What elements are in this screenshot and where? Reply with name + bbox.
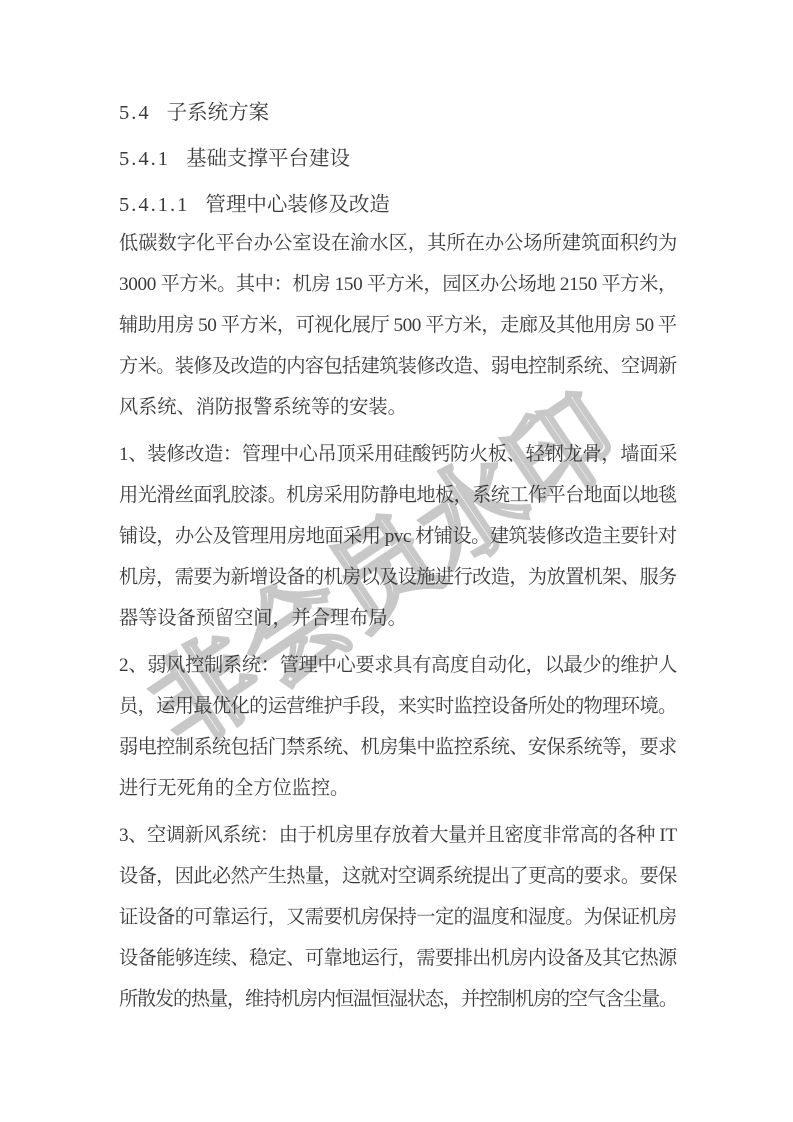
text-line: 低碳数字化平台办公室设在渝水区，其所在办公场所建筑面积约为 [119,223,677,264]
text-line: 用光滑丝面乳胶漆。机房采用防静电地板，系统工作平台地面以地毯 [119,475,677,516]
text-line: 机房，需要为新增设备的机房以及设施进行改造，为放置机架、服务 [119,557,677,598]
text-line: 方米。装修及改造的内容包括建筑装修改造、弱电控制系统、空调新 [119,346,677,387]
text-line: 设备，因此必然产生热量，这就对空调系统提出了更高的要求。要保 [119,856,677,897]
text-line: 铺设，办公及管理用房地面采用 pvc 材铺设。建筑装修改造主要针对 [119,516,677,557]
heading-number: 5.4.1 [119,148,170,170]
text-line: 设备能够连续、稳定、可靠地运行，需要排出机房内设备及其它热源 [119,938,677,979]
text-line: 风系统、消防报警系统等的安装。 [119,387,677,428]
text-line: 所散发的热量，维持机房内恒温恒湿状态，并控制机房的空气含尘量。 [119,979,677,1020]
heading-title: 子系统方案 [167,102,270,124]
heading-level-4: 5.4.1.1管理中心装修及改造 [119,195,677,216]
text-line: 2、弱风控制系统：管理中心要求具有高度自动化，以最少的维护人 [119,645,677,686]
paragraphs: 低碳数字化平台办公室设在渝水区，其所在办公场所建筑面积约为3000 平方米。其中… [119,223,677,1020]
paragraph: 3、空调新风系统：由于机房里存放着大量并且密度非常高的各种 IT设备，因此必然产… [119,815,677,1020]
text-line: 辅助用房 50 平方米，可视化展厅 500 平方米，走廊及其他用房 50 平 [119,305,677,346]
text-line: 1、装修改造：管理中心吊顶采用硅酸钙防火板、轻钢龙骨，墙面采 [119,434,677,475]
heading-level-3: 5.4.1基础支撑平台建设 [119,149,677,170]
text-line: 3、空调新风系统：由于机房里存放着大量并且密度非常高的各种 IT [119,815,677,856]
paragraph: 1、装修改造：管理中心吊顶采用硅酸钙防火板、轻钢龙骨，墙面采用光滑丝面乳胶漆。机… [119,434,677,639]
heading-level-2: 5.4子系统方案 [119,103,677,124]
text-line: 证设备的可靠运行，又需要机房保持一定的温度和湿度。为保证机房 [119,897,677,938]
text-line: 进行无死角的全方位监控。 [119,768,677,809]
heading-title: 管理中心装修及改造 [205,194,390,216]
heading-title: 基础支撑平台建设 [186,148,350,170]
heading-number: 5.4.1.1 [119,194,189,216]
page-content: 5.4子系统方案 5.4.1基础支撑平台建设 5.4.1.1管理中心装修及改造 … [119,0,677,1026]
document-page: 非会员水印 5.4子系统方案 5.4.1基础支撑平台建设 5.4.1.1管理中心… [0,0,793,1122]
text-line: 3000 平方米。其中：机房 150 平方米，园区办公场地 2150 平方米， [119,264,677,305]
text-line: 弱电控制系统包括门禁系统、机房集中监控系统、安保系统等，要求 [119,727,677,768]
text-line: 器等设备预留空间，并合理布局。 [119,598,677,639]
heading-number: 5.4 [119,102,151,124]
paragraph: 2、弱风控制系统：管理中心要求具有高度自动化，以最少的维护人员，运用最优化的运营… [119,645,677,809]
paragraph: 低碳数字化平台办公室设在渝水区，其所在办公场所建筑面积约为3000 平方米。其中… [119,223,677,428]
text-line: 员，运用最优化的运营维护手段，来实时监控设备所处的物理环境。 [119,686,677,727]
